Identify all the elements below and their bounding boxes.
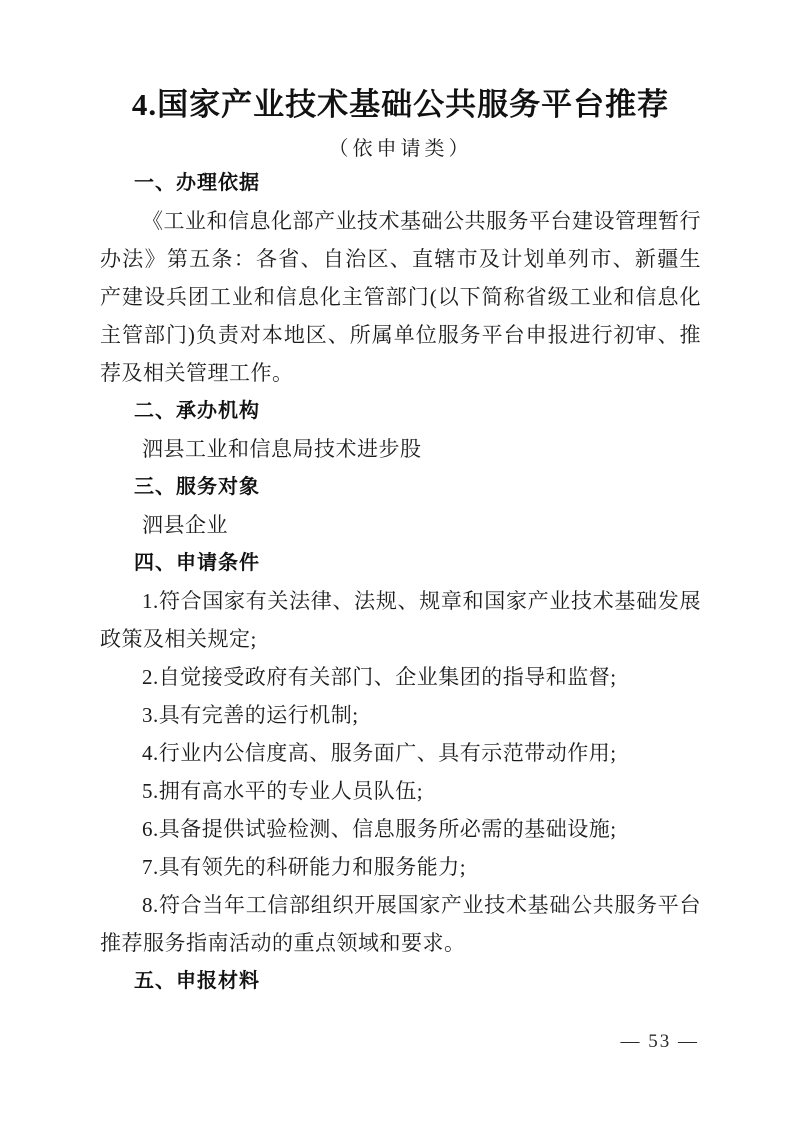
section-heading-agency: 二、承办机构 [100, 392, 701, 430]
page-title: 4.国家产业技术基础公共服务平台推荐 [100, 84, 701, 126]
condition-item-7: 7.具有领先的科研能力和服务能力; [100, 848, 701, 886]
paragraph-service-target: 泗县企业 [100, 506, 701, 544]
page-number: — 53 — [621, 1030, 700, 1054]
condition-item-6: 6.具备提供试验检测、信息服务所必需的基础设施; [100, 810, 701, 848]
section-heading-service-target: 三、服务对象 [100, 468, 701, 506]
condition-item-2: 2.自觉接受政府有关部门、企业集团的指导和监督; [100, 658, 701, 696]
condition-item-5: 5.拥有高水平的专业人员队伍; [100, 772, 701, 810]
section-heading-application-materials: 五、申报材料 [100, 962, 701, 1000]
condition-item-4: 4.行业内公信度高、服务面广、具有示范带动作用; [100, 734, 701, 772]
condition-item-3: 3.具有完善的运行机制; [100, 696, 701, 734]
page-subtitle: （依申请类） [100, 134, 701, 164]
condition-item-8: 8.符合当年工信部组织开展国家产业技术基础公共服务平台推荐服务指南活动的重点领域… [100, 886, 701, 962]
paragraph-basis: 《工业和信息化部产业技术基础公共服务平台建设管理暂行办法》第五条：各省、自治区、… [100, 202, 701, 392]
paragraph-agency: 泗县工业和信息局技术进步股 [100, 430, 701, 468]
document-page: 4.国家产业技术基础公共服务平台推荐 （依申请类） 一、办理依据 《工业和信息化… [0, 0, 793, 1122]
condition-item-1: 1.符合国家有关法律、法规、规章和国家产业技术基础发展政策及相关规定; [100, 582, 701, 658]
section-heading-basis: 一、办理依据 [100, 164, 701, 202]
section-heading-application-conditions: 四、申请条件 [100, 544, 701, 582]
